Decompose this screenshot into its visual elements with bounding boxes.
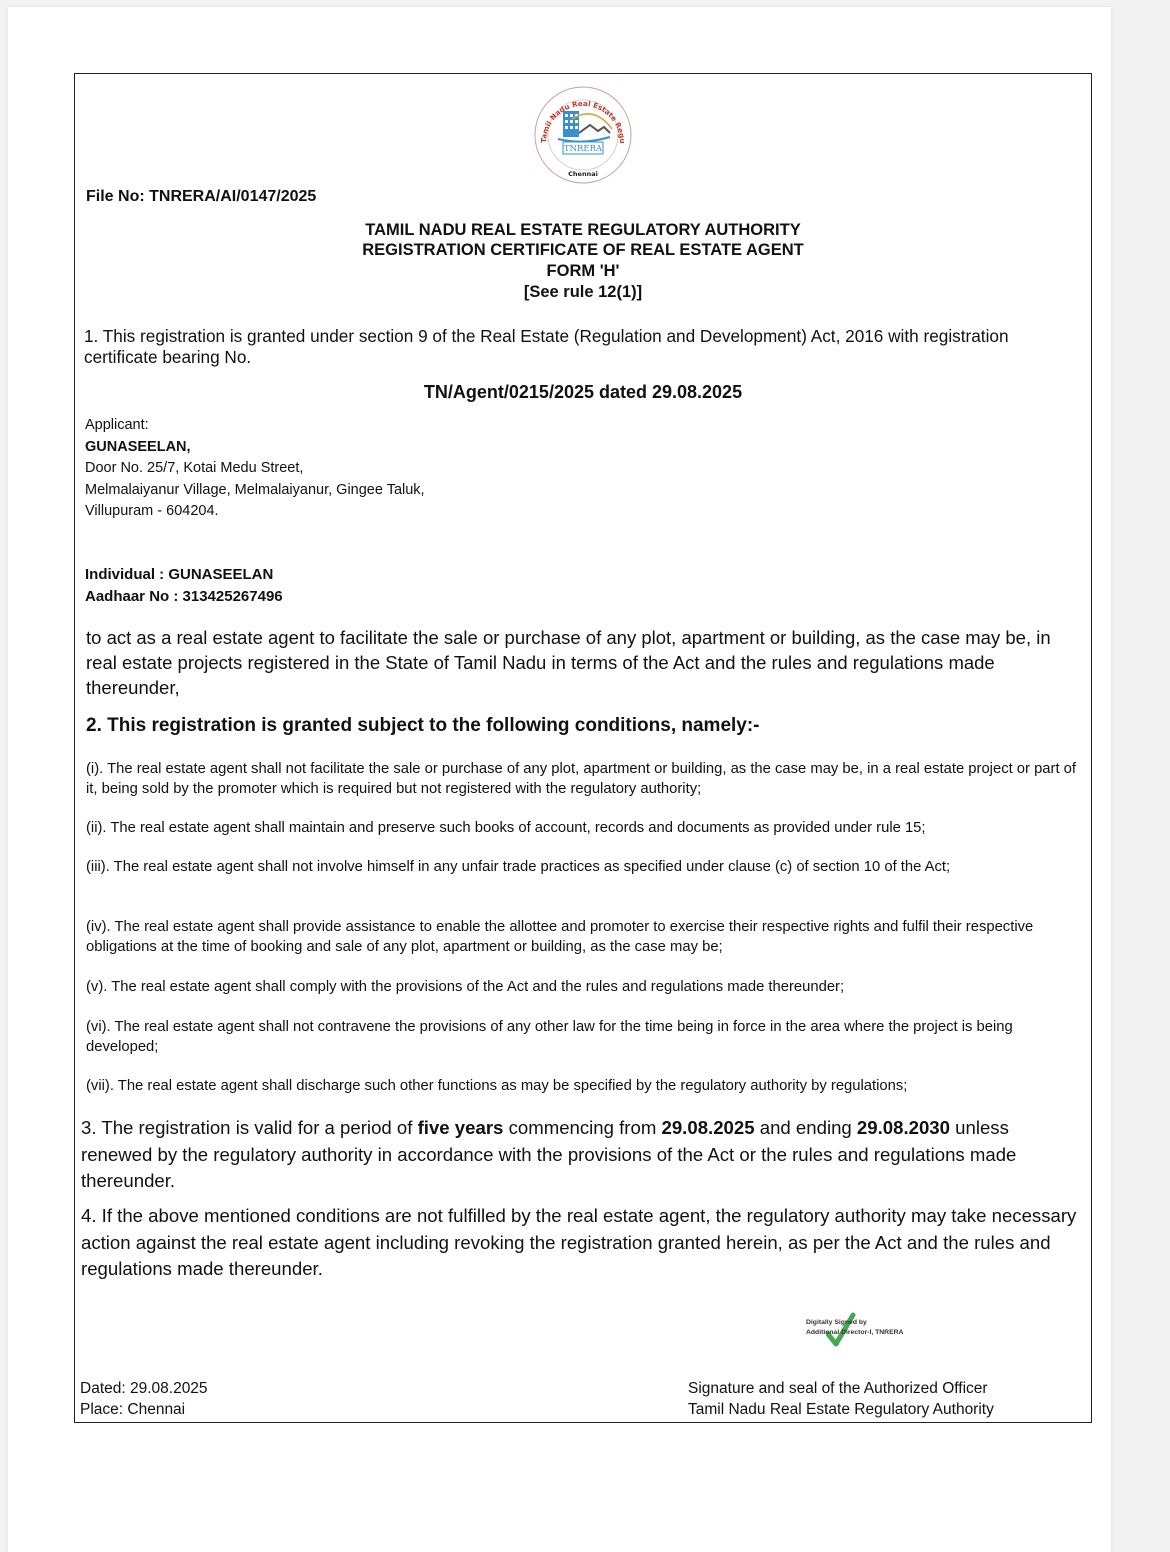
form-label: FORM 'H' [74,263,1092,281]
file-number: File No: TNRERA/AI/0147/2025 [86,188,316,206]
end-date: 29.08.2030 [857,1117,950,1138]
signature-authority: Tamil Nadu Real Estate Regulatory Author… [688,1399,994,1420]
aadhaar-number: Aadhaar No : 313425267496 [85,586,283,608]
svg-text:TNRERA: TNRERA [564,144,603,154]
paragraph-4-revocation: 4. If the above mentioned conditions are… [81,1203,1081,1283]
address-line: Door No. 25/7, Kotai Medu Street, [85,458,425,480]
dated-place-block: Dated: 29.08.2025 Place: Chennai [80,1378,208,1420]
start-date: 29.08.2025 [662,1117,755,1138]
rule-reference: [See rule 12(1)] [74,284,1092,302]
applicant-name: GUNASEELAN, [85,437,425,459]
signature-caption: Signature and seal of the Authorized Off… [688,1378,994,1399]
condition-item: (v). The real estate agent shall comply … [86,977,1086,997]
condition-item: (iv). The real estate agent shall provid… [86,917,1086,957]
condition-item: (iii). The real estate agent shall not i… [86,857,1086,877]
validity-period: five years [418,1117,504,1138]
individual-name: Individual : GUNASEELAN [85,564,283,586]
address-line: Villupuram - 604204. [85,501,425,523]
conditions-heading: 2. This registration is granted subject … [86,715,760,737]
dated-text: Dated: 29.08.2025 [80,1378,208,1399]
place-text: Place: Chennai [80,1399,208,1420]
individual-block: Individual : GUNASEELAN Aadhaar No : 313… [85,564,283,608]
certificate-title: REGISTRATION CERTIFICATE OF REAL ESTATE … [74,242,1092,260]
paragraph-1: 1. This registration is granted under se… [84,326,1074,368]
tnrera-logo-icon: Tamil Nadu Real Estate Regulatory Author… [532,85,634,185]
signature-block: Signature and seal of the Authorized Off… [688,1378,994,1420]
condition-item: (vii). The real estate agent shall disch… [86,1076,1086,1096]
applicant-block: Applicant: GUNASEELAN, Door No. 25/7, Ko… [85,415,425,523]
address-line: Melmalaiyanur Village, Melmalaiyanur, Gi… [85,480,425,502]
paragraph-3-validity: 3. The registration is valid for a perio… [81,1115,1081,1195]
certificate-number: TN/Agent/0215/2025 dated 29.08.2025 [74,382,1092,403]
applicant-label: Applicant: [85,415,425,437]
agent-scope-paragraph: to act as a real estate agent to facilit… [86,625,1076,700]
condition-item: (i). The real estate agent shall not fac… [86,759,1086,799]
svg-text:Chennai: Chennai [568,170,598,178]
condition-item: (vi). The real estate agent shall not co… [86,1017,1086,1057]
digital-signature-text: Digitally Signed by Additional Director-… [806,1318,903,1337]
condition-item: (ii). The real estate agent shall mainta… [86,818,1086,838]
authority-title: TAMIL NADU REAL ESTATE REGULATORY AUTHOR… [74,222,1092,240]
